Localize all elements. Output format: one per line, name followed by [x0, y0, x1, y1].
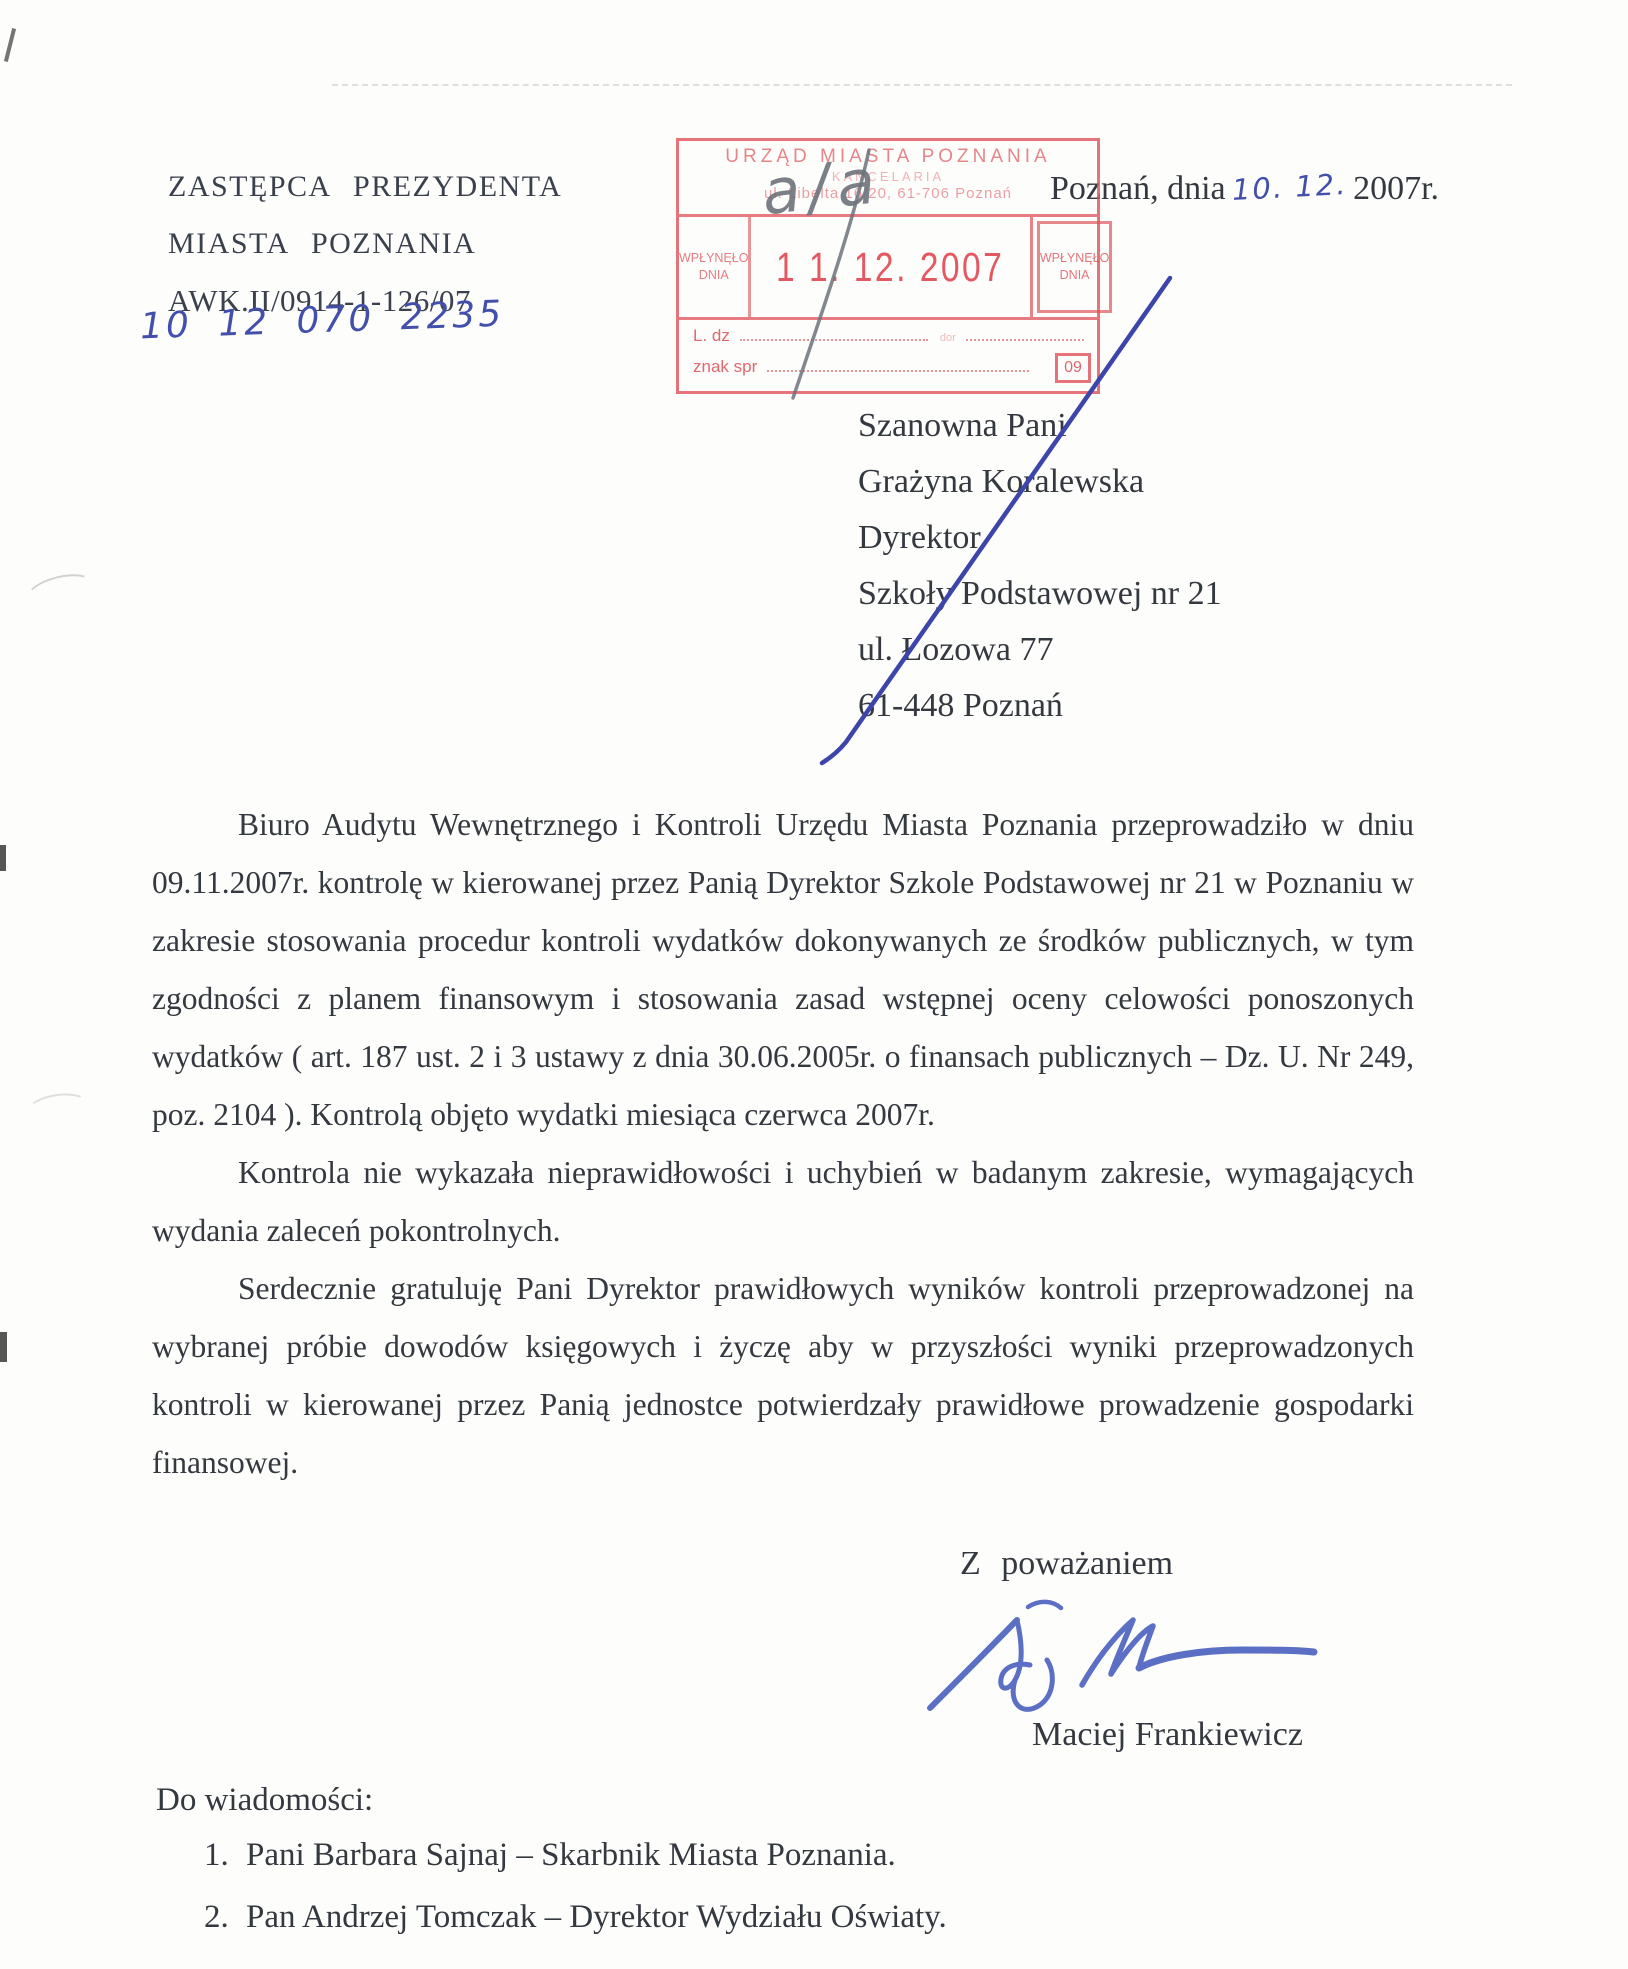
stamp-znak-row: znak spr [693, 357, 1029, 377]
sender-title-line1: ZASTĘPCA PREZYDENTA [168, 158, 562, 215]
recipient-role: Dyrektor [858, 510, 1222, 566]
dateline: Poznań, dnia10. 12.2007r. [1050, 170, 1439, 208]
cc-item-text: Pan Andrzej Tomczak – Dyrektor Wydziału … [246, 1899, 947, 1936]
stamp-received-word: WPŁYNĘŁO [1040, 250, 1109, 267]
recipient-name: Grażyna Koralewska [858, 454, 1222, 510]
stamp-ldz-label: L. dz [693, 326, 730, 345]
recipient-block: Szanowna Pani Grażyna Koralewska Dyrekto… [858, 398, 1222, 734]
scan-artifact-pencil-arc [23, 568, 96, 614]
scan-artifact-dashed-line [332, 84, 1512, 86]
stamp-date-cell: 1 1. 12. 2007 [751, 217, 1029, 317]
dateline-year: 2007r. [1353, 170, 1439, 207]
letter-body: Biuro Audytu Wewnętrznego i Kontroli Urz… [152, 796, 1414, 1492]
stamp-fill-line [966, 327, 1084, 341]
handwritten-date: 10. 12. [1231, 167, 1348, 207]
sender-title-line2: MIASTA POZNANIA [168, 215, 562, 272]
stamp-received-label-left: WPŁYNĘŁO DNIA [679, 217, 751, 317]
recipient-salutation: Szanowna Pani [858, 398, 1222, 454]
cc-item-number: 1. [204, 1837, 246, 1874]
cc-item: 1. Pani Barbara Sajnaj – Skarbnik Miasta… [204, 1837, 947, 1899]
cc-item: 2. Pan Andrzej Tomczak – Dyrektor Wydzia… [204, 1899, 947, 1961]
stamp-corner-number: 09 [1055, 353, 1091, 383]
stamp-received-word: DNIA [699, 267, 729, 284]
cc-item-text: Pani Barbara Sajnaj – Skarbnik Miasta Po… [246, 1837, 896, 1874]
recipient-street: ul. Łozowa 77 [858, 622, 1222, 678]
signer-name: Maciej Frankiewicz [1032, 1716, 1303, 1754]
body-paragraph: Biuro Audytu Wewnętrznego i Kontroli Urz… [152, 796, 1414, 1144]
stamp-fill-line [767, 358, 1029, 372]
stamp-received-inner-box: WPŁYNĘŁO DNIA [1037, 221, 1112, 313]
recipient-city: 61-448 Poznań [858, 678, 1222, 734]
stamp-znak-label: znak spr [693, 357, 757, 376]
stamp-received-label-right: WPŁYNĘŁO DNIA [1030, 217, 1116, 317]
cc-block: Do wiadomości: 1. Pani Barbara Sajnaj – … [156, 1782, 947, 1961]
cc-item-number: 2. [204, 1899, 246, 1936]
cc-heading: Do wiadomości: [156, 1782, 947, 1819]
stamp-received-word: WPŁYNĘŁO [679, 250, 748, 267]
stamp-date: 1 1. 12. 2007 [777, 244, 1005, 291]
recipient-institution: Szkoły Podstawowej nr 21 [858, 566, 1222, 622]
scan-artifact-pencil-arc [26, 1090, 89, 1124]
letter-page: ZASTĘPCA PREZYDENTA MIASTA POZNANIA AWK.… [0, 0, 1628, 1969]
stamp-received-word: DNIA [1060, 267, 1090, 284]
intake-stamp: URZĄD MIASTA POZNANIA KANCELARIA ul. Lib… [676, 138, 1100, 394]
stamp-office-unit: KANCELARIA [679, 169, 1097, 184]
stamp-bottom-row: L. dzdor znak spr 09 [679, 320, 1097, 388]
stamp-office-address: ul. Libelta 16/20, 61-706 Poznań [679, 185, 1097, 202]
scan-artifact-edge-mark [0, 845, 6, 871]
stamp-header: URZĄD MIASTA POZNANIA KANCELARIA ul. Lib… [679, 141, 1097, 217]
stamp-ldz-row: L. dzdor [693, 326, 1084, 346]
scan-artifact-edge-mark [0, 1332, 7, 1362]
closing-salutation: Z poważaniem [960, 1545, 1173, 1583]
stamp-middle-row: WPŁYNĘŁO DNIA 1 1. 12. 2007 WPŁYNĘŁO DNI… [679, 217, 1097, 320]
stamp-office-name: URZĄD MIASTA POZNANIA [679, 146, 1097, 168]
body-paragraph: Kontrola nie wykazała nieprawidłowości i… [152, 1144, 1414, 1260]
handwritten-aa-note: a/a [759, 144, 887, 229]
stamp-fill-line [740, 327, 928, 341]
signature-ink [930, 1602, 1314, 1710]
cc-items: 1. Pani Barbara Sajnaj – Skarbnik Miasta… [156, 1837, 947, 1961]
body-paragraph: Serdecznie gratuluję Pani Dyrektor prawi… [152, 1260, 1414, 1492]
scan-artifact-edge-mark [4, 28, 16, 62]
stamp-mid-label: dor [940, 332, 956, 344]
